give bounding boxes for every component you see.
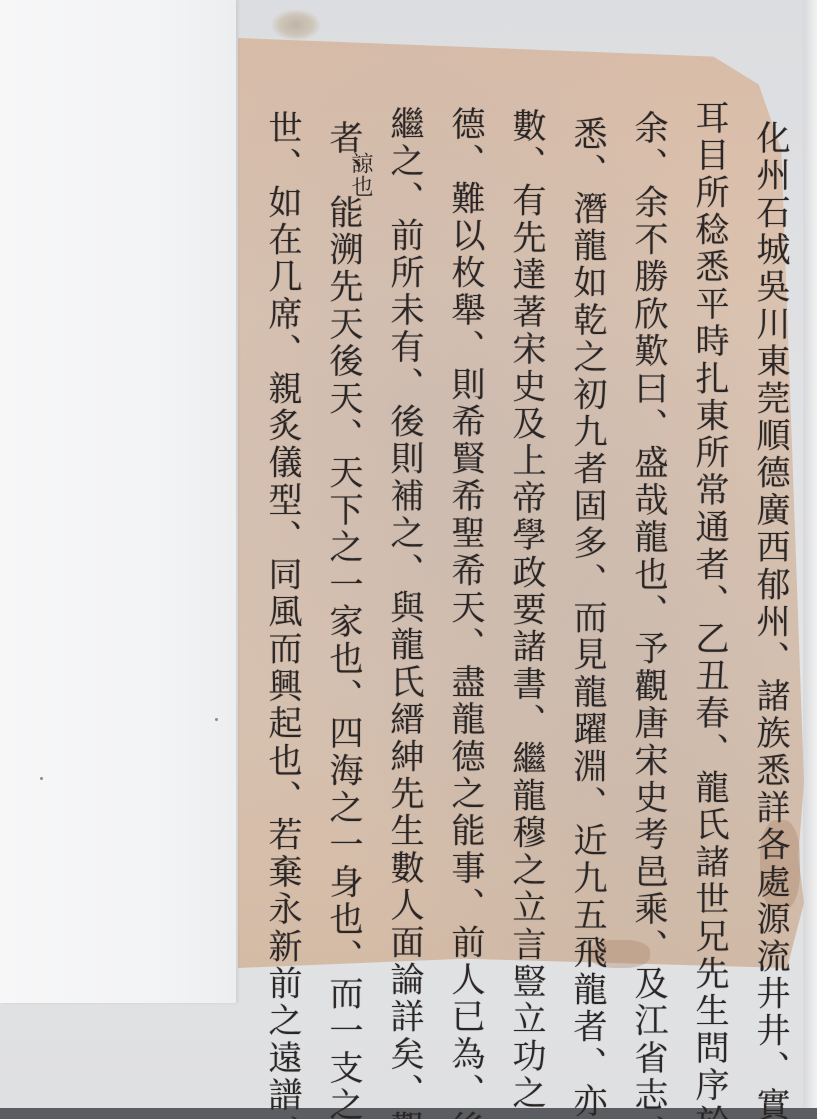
interlinear-annotation: 諒也 <box>345 152 376 198</box>
text-column-3: 余、余不勝欣歎曰、盛哉龍也、予觀唐宋史考邑乘、及江省志、州志、邑 <box>617 100 678 970</box>
dust-speck <box>40 777 43 780</box>
text-column-7: 繼之、前所未有、後則補之、與龍氏縉紳先生數人面論詳矣、觀譜 <box>373 100 434 966</box>
text-column-4: 悉、潛龍如乾之初九者固多、而見龍躍淵、近九五飛龍者、亦莫能 <box>556 100 617 976</box>
text-column-1: 化州石城吳川東莞順德廣西郁州、諸族悉詳各處源流井井、實為 <box>739 100 800 980</box>
manuscript-text-columns: 化州石城吳川東莞順德廣西郁州、諸族悉詳各處源流井井、實為 耳目所稔悉平時扎東所常… <box>248 100 800 960</box>
page-torn-tab <box>272 10 320 40</box>
dust-speck <box>215 718 218 721</box>
text-column-6: 德、難以枚舉、則希賢希聖希天、盡龍德之能事、前人已為、後則 <box>434 100 495 966</box>
cover-paper-sheet <box>0 0 236 1003</box>
text-column-9: 世、如在几席、親炙儀型、同風而興起也、若棄永新前之遠譜、如天 <box>251 100 312 970</box>
text-column-2: 耳目所稔悉平時扎東所常通者、乙丑春、龍氏諸世兄先生問序於 <box>678 100 739 960</box>
scanner-right-edge <box>803 0 817 1108</box>
text-column-5: 數、有先達著宋史及上帝學政要諸書、繼龍穆之立言豎立功之 <box>495 100 556 968</box>
text-column-8: 者、能溯先天後天、天下之一家也、四海之一身也、而一支之五十餘 <box>312 100 373 980</box>
